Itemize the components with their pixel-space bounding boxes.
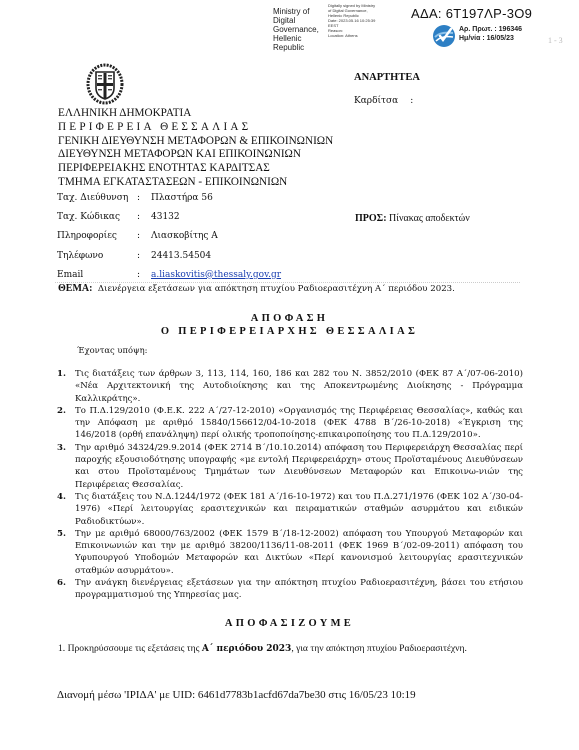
org-line: ΠΕΡΙΦΕΡΕΙΑ ΘΕΣΣΑΛΙΑΣ (58, 121, 333, 135)
distribution-footer: Διανομή μέσω 'ΙΡΙΔΑ' με UID: 6461d7783b1… (57, 689, 416, 701)
subject-label: ΘΕΜΑ: (58, 283, 92, 294)
item-number: 1. (57, 368, 75, 405)
contact-label: Ταχ. Κώδικας (57, 212, 137, 231)
ada-code: ΑΔΑ: 6Τ197ΛΡ-3Ο9 (411, 6, 532, 21)
contact-row-phone: Τηλέφωνο : 24413.54504 (57, 251, 281, 270)
contact-info: Ταχ. Διεύθυνση : Πλαστήρα 56 Ταχ. Κώδικα… (57, 193, 281, 289)
contact-separator: : (137, 251, 151, 270)
item-text: Την αριθμό 34324/29.9.2014 (ΦΕΚ 2714 Β΄/… (75, 442, 523, 491)
contact-separator: : (137, 212, 151, 231)
recipient-value: Πίνακας αποδεκτών (389, 213, 470, 224)
contact-row-postcode: Ταχ. Κώδικας : 43132 (57, 212, 281, 231)
digital-signature-signer: Ministry of Digital Governance, Hellenic… (273, 7, 328, 52)
subject-text: Διενέργεια εξετάσεων για απόκτηση πτυχίο… (98, 284, 455, 294)
org-line: ΔΙΕΥΘΥΝΣΗ ΜΕΤΑΦΟΡΩΝ ΚΑΙ ΕΠΙΚΟΙΝΩΝΙΩΝ (58, 148, 333, 162)
contact-value: Λιασκοβίτης Α (151, 231, 218, 250)
list-item: 2. Το Π.Δ.129/2010 (Φ.Ε.Κ. 222 Α΄/27-12-… (57, 405, 523, 442)
considering-label: Έχοντας υπόψη: (77, 345, 147, 355)
recipient: ΠΡΟΣ: Πίνακας αποδεκτών (355, 213, 470, 224)
contact-separator: : (137, 231, 151, 250)
protocol-info: Αρ. Πρωτ. : 196346 Ημ/νία : 16/05/23 (459, 25, 522, 43)
item-text: Την με αριθμό 68000/763/2002 (ΦΕΚ 1579 Β… (75, 528, 523, 577)
organization-heading: ΕΛΛΗΝΙΚΗ ΔΗΜΟΚΡΑΤΙΑ ΠΕΡΙΦΕΡΕΙΑ ΘΕΣΣΑΛΙΑΣ… (58, 107, 333, 190)
posting-label: ΑΝΑΡΤΗΤΕΑ (354, 72, 420, 83)
greek-coat-of-arms-icon (86, 63, 124, 105)
list-item: 5. Την με αριθμό 68000/763/2002 (ΦΕΚ 157… (57, 528, 523, 577)
decision-subtitle: Ο ΠΕΡΙΦΕΡΕΙΑΡΧΗΣ ΘΕΣΣΑΛΙΑΣ (0, 326, 579, 337)
org-line: ΓΕΝΙΚΗ ΔΙΕΥΘΥΝΣΗ ΜΕΤΑΦΟΡΩΝ & ΕΠΙΚΟΙΝΩΝΙΩ… (58, 135, 333, 149)
resolution-item-bold: Α΄ περιόδου 2023 (202, 644, 291, 654)
resolution-title: ΑΠΟΦΑΣΙΖΟΥΜΕ (0, 618, 579, 629)
contact-label: Τηλέφωνο (57, 251, 137, 270)
protocol-date: Ημ/νία : 16/05/23 (459, 34, 522, 43)
contact-label: Πληροφορίες (57, 231, 137, 250)
item-number: 5. (57, 528, 75, 577)
contact-label: Ταχ. Διεύθυνση (57, 193, 137, 212)
iris-check-logo-icon (432, 24, 456, 48)
list-item: 3. Την αριθμό 34324/29.9.2014 (ΦΕΚ 2714 … (57, 442, 523, 491)
place-date: Καρδίτσα: (354, 96, 413, 106)
protocol-number: Αρ. Πρωτ. : 196346 (459, 25, 522, 34)
item-number: 3. (57, 442, 75, 491)
item-number: 6. (57, 577, 75, 602)
place-name: Καρδίτσα (354, 96, 398, 106)
resolution-item-suffix: , για την απόκτηση πτυχίου Ραδιοερασιτέχ… (291, 643, 467, 654)
item-number: 4. (57, 491, 75, 528)
org-line: ΤΜΗΜΑ ΕΓΚΑΤΑΣΤΑΣΕΩΝ - ΕΠΙΚΟΙΝΩΝΙΩΝ (58, 176, 333, 190)
contact-row-address: Ταχ. Διεύθυνση : Πλαστήρα 56 (57, 193, 281, 212)
resolution-item-prefix: 1. Προκηρύσσουμε τις εξετάσεις της (58, 643, 202, 654)
list-item: 4. Τις διατάξεις του Ν.Δ.1244/1972 (ΦΕΚ … (57, 491, 523, 528)
digital-signature-details: Digitally signed by Ministry of Digital … (328, 3, 390, 38)
contact-value: 24413.54504 (151, 251, 211, 270)
list-item: 1. Τις διατάξεις των άρθρων 3, 113, 114,… (57, 368, 523, 405)
signature-detail-line: Location: Athens (328, 33, 390, 38)
considerations-list: 1. Τις διατάξεις των άρθρων 3, 113, 114,… (57, 368, 523, 602)
subject: ΘΕΜΑ: Διενέργεια εξετάσεων για απόκτηση … (58, 283, 455, 294)
list-item: 6. Την ανάγκη διενέργειας εξετάσεων για … (57, 577, 523, 602)
resolution-item: 1. Προκηρύσσουμε τις εξετάσεις της Α΄ πε… (58, 643, 467, 654)
org-line: ΕΛΛΗΝΙΚΗ ΔΗΜΟΚΡΑΤΙΑ (58, 107, 333, 121)
item-text: Τις διατάξεις του Ν.Δ.1244/1972 (ΦΕΚ 181… (75, 491, 523, 528)
contact-row-info: Πληροφορίες : Λιασκοβίτης Α (57, 231, 281, 250)
contact-value: 43132 (151, 212, 180, 231)
item-text: Την ανάγκη διενέργειας εξετάσεων για την… (75, 577, 523, 602)
item-text: Το Π.Δ.129/2010 (Φ.Ε.Κ. 222 Α΄/27-12-201… (75, 405, 523, 442)
org-line: ΠΕΡΙΦΕΡΕΙΑΚΗΣ ΕΝΟΤΗΤΑΣ ΚΑΡΔΙΤΣΑΣ (58, 162, 333, 176)
item-text: Τις διατάξεις των άρθρων 3, 113, 114, 16… (75, 368, 523, 405)
recipient-label: ΠΡΟΣ: (355, 213, 387, 224)
item-number: 2. (57, 405, 75, 442)
contact-value: Πλαστήρα 56 (151, 193, 213, 212)
decision-title: ΑΠΟΦΑΣΗ (0, 313, 579, 324)
contact-separator: : (137, 193, 151, 212)
place-separator: : (410, 96, 413, 106)
page-indicator: 1 - 3 (548, 36, 563, 45)
